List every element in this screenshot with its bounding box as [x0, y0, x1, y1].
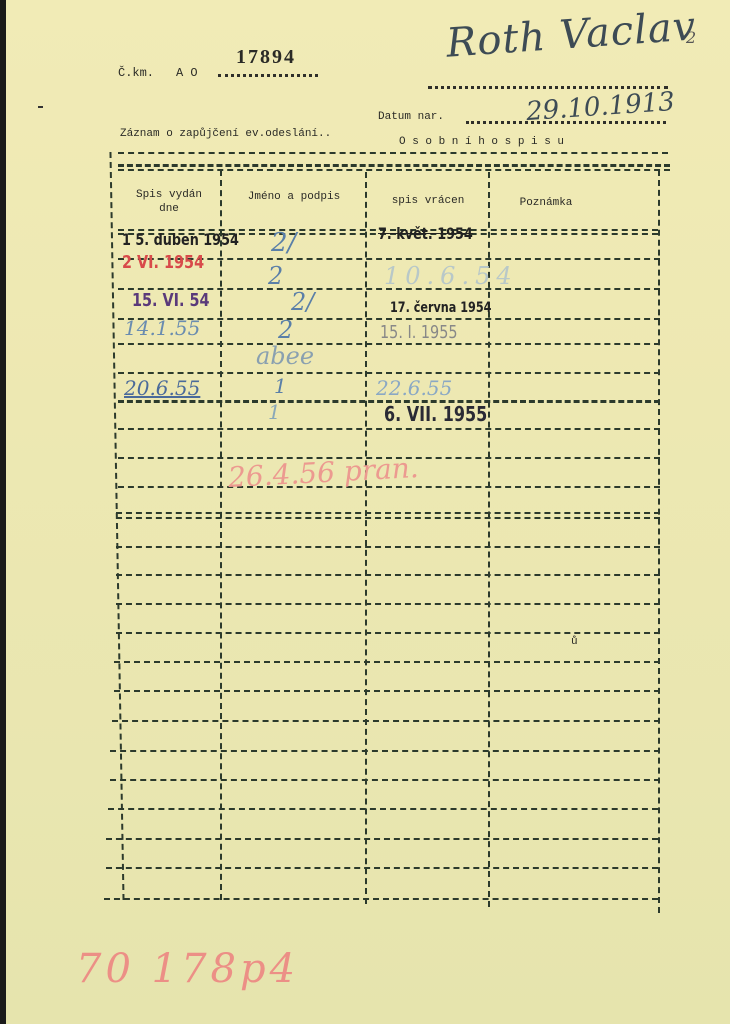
row-line — [116, 603, 660, 605]
dob-dotted-line — [466, 121, 666, 124]
row-line — [106, 838, 658, 840]
issued-date-stamp: 1 5. duben 1954 — [122, 230, 239, 249]
issued-date-handwritten: 14.1.55 — [124, 316, 200, 340]
col-header-returned: spis vrácen — [372, 194, 484, 208]
issued-date-handwritten: 20.6.55 — [124, 376, 200, 400]
table-right-edge — [658, 170, 660, 913]
section-double-line-2 — [116, 517, 660, 519]
borrower-signature: 2 — [268, 262, 283, 290]
table-bottom-line — [104, 898, 658, 900]
borrower-signature: 1 — [274, 374, 287, 398]
borrower-signature: abee — [256, 342, 314, 370]
returned-date-stamp: 17. června 1954 — [390, 300, 491, 316]
col-header-name: Jméno a podpis — [228, 190, 360, 204]
issued-date-stamp: 2 VI. 1954 — [122, 252, 204, 273]
borrower-signature: 2/ — [271, 228, 296, 258]
returned-date-stamp: 15. I. 1955 — [380, 322, 458, 343]
table-top-line — [118, 152, 668, 154]
returned-date-handwritten: 10.6.54 — [384, 262, 518, 290]
table-top-double-2 — [118, 169, 670, 171]
ckm-prefix: A O — [176, 66, 198, 80]
returned-date-stamp: 7. květ. 1954 — [378, 224, 473, 243]
card-number: 17894 — [236, 46, 296, 69]
row-line — [116, 632, 660, 634]
row-line — [110, 750, 660, 752]
record-title: Záznam o zapůjčení ev.odeslání.. — [120, 128, 331, 140]
dob-label: Datum nar. — [378, 111, 444, 123]
row-line — [114, 690, 660, 692]
row-line — [118, 343, 660, 345]
row-line — [116, 574, 660, 576]
borrower-signature: 2/ — [291, 288, 314, 316]
table-top-double — [118, 164, 670, 167]
name-handwritten: Roth Vaclav — [445, 3, 698, 66]
returned-date-stamp: 6. VII. 1955 — [384, 402, 487, 426]
row-line — [118, 428, 660, 430]
row-line — [114, 661, 660, 663]
issued-date-stamp: 15. VI. 54 — [132, 290, 210, 311]
row-line — [110, 779, 660, 781]
returned-date-handwritten: 22.6.55 — [376, 376, 452, 400]
borrower-signature: 1 — [268, 400, 281, 424]
page-number: 2 — [686, 28, 696, 47]
record-subject: O s o b n í h o s p i s u — [399, 136, 564, 148]
ckm-label: Č.km. — [118, 66, 154, 80]
section-double-line — [116, 512, 660, 514]
record-card: 17894 Č.km. A O Roth Vaclav 2 Datum nar.… — [6, 0, 730, 1024]
row-line — [118, 486, 660, 488]
col-header-issued: Spis vydán dne — [124, 188, 214, 216]
ckm-dotted-line — [218, 74, 318, 77]
row-line — [106, 867, 658, 869]
row-line — [118, 372, 660, 374]
row-line — [108, 808, 658, 810]
col-divider-1 — [220, 170, 222, 900]
borrower-signature: 2 — [278, 316, 293, 344]
note-mark: ů — [571, 636, 578, 648]
row-line — [112, 720, 660, 722]
name-dotted-line — [428, 86, 668, 89]
paper-speck — [38, 106, 43, 108]
col-divider-2 — [365, 172, 367, 904]
col-header-note: Poznámka — [496, 196, 596, 210]
footer-red-number: 70 178p4 — [76, 946, 299, 992]
row-line — [116, 546, 660, 548]
